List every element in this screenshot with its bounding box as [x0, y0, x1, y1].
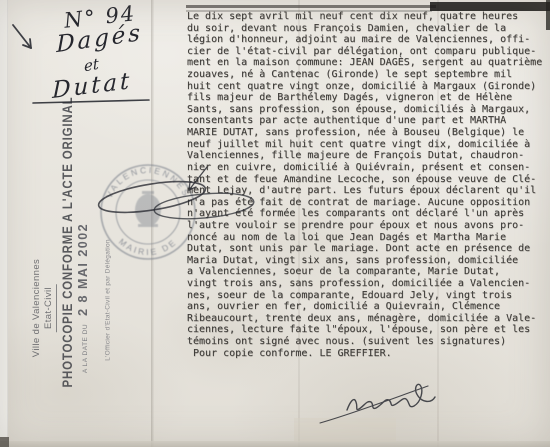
- certification-stamp: PHOTOCOPIE CONFORME A L'ACTE ORIGINAL: [59, 97, 75, 388]
- typed-line: ment en la maison commune: JEAN DAGÈS, s…: [187, 57, 548, 69]
- handwritten-underline: [33, 100, 149, 103]
- typed-line: ciennes, lecture faite l"époux, l'épouse…: [187, 324, 548, 336]
- typed-line: du soir, devant nous François Damien, ch…: [187, 23, 548, 35]
- date-stamp: A LA DATE DU 2 8 MAI 2002: [76, 223, 90, 373]
- stamp-emblem: [135, 191, 161, 227]
- typed-line: l'autre vouloir se prendre pour époux et…: [187, 220, 548, 232]
- typed-line: noncé au nom de la loi que Jean Dagés et…: [187, 232, 548, 244]
- typed-line: Valenciennes, fille majeure de François …: [187, 150, 548, 162]
- typed-line: Maria Dutat, vingt six ans, sans profess…: [187, 255, 548, 267]
- corner-mark: [0, 437, 9, 447]
- typed-line: ment Lejay, d'autre part. Les futurs épo…: [187, 185, 548, 197]
- typed-act-text: Le dix sept avril mil neuf cent dix neuf…: [187, 11, 548, 359]
- typed-line: neuf juillet mil huit cent quatre vingt …: [187, 139, 548, 151]
- typed-line: Le dix sept avril mil neuf cent dix neuf…: [187, 11, 548, 23]
- tape-shadow: [294, 418, 396, 442]
- copy-edge-bar: [186, 5, 436, 8]
- typed-line: Sants, sans profession, son épouse, domi…: [187, 104, 548, 116]
- typed-line: a Valenciennes, soeur de la comparante, …: [187, 266, 548, 278]
- typed-line: Pour copie conforme. LE GREFFIER.: [187, 348, 548, 360]
- typed-line: n'ayant été formée les comparants ont dé…: [187, 208, 548, 220]
- bottom-paper-edge: [0, 441, 550, 447]
- office-stamp-line2: Etat-Civil: [43, 284, 57, 332]
- typed-line: Dutat, sont unis par le mariage. Dont ac…: [187, 243, 548, 255]
- date-stamp-value: 2 8 MAI 2002: [76, 223, 90, 316]
- typed-line: consentants par acte authentique d'une p…: [187, 115, 548, 127]
- typed-line: cier de l'état-civil par délégation, ont…: [187, 46, 548, 58]
- typed-line: Ribeaucourt, trente deux ans, ménagère, …: [187, 313, 548, 325]
- typed-line: MARIE DUTAT, sans profession, née à Bous…: [187, 127, 548, 139]
- typed-line: légion d'honneur, adjoint au maire de Va…: [187, 34, 548, 46]
- typed-line: ans, ouvrier en fer, domicilié a Quievra…: [187, 301, 548, 313]
- office-stamp-line1: Ville de Valenciennes: [31, 259, 43, 357]
- typed-line: témoins ont signé avec nous. (suivent le…: [187, 336, 548, 348]
- typed-line: fils majeur de Barthélemy Dagés, vignero…: [187, 92, 548, 104]
- typed-line: nes, soeur de la comparante, Edouard Jel…: [187, 290, 548, 302]
- typed-line: vingt trois ans, sans profession, domici…: [187, 278, 548, 290]
- date-stamp-prefix: A LA DATE DU: [82, 324, 89, 373]
- pen-arrow-top-left: [13, 25, 31, 48]
- typed-line: zouaves, né à Cantenac (Gironde) le sept…: [187, 69, 548, 81]
- left-paper-edge: [0, 0, 8, 447]
- copy-edge-bar: [430, 2, 550, 11]
- office-stamp: Ville de Valenciennes Etat-Civil: [31, 259, 57, 357]
- typed-line: tant et de feue Amandine Lecoche, son ép…: [187, 174, 548, 186]
- typed-line: huit cent quatre vingt onze, domicilié à…: [187, 81, 548, 93]
- typed-line: nier en cuivre, domicilié à Quiévrain, p…: [187, 162, 548, 174]
- round-mairie-stamp: VALENCIENNES MAIRIE DE: [94, 158, 202, 266]
- typed-line: n'a pas été fait de contrat de mariage. …: [187, 197, 548, 209]
- photocopy-page: N° 94 Dagés et Dutat Ville de Valencienn…: [0, 0, 550, 447]
